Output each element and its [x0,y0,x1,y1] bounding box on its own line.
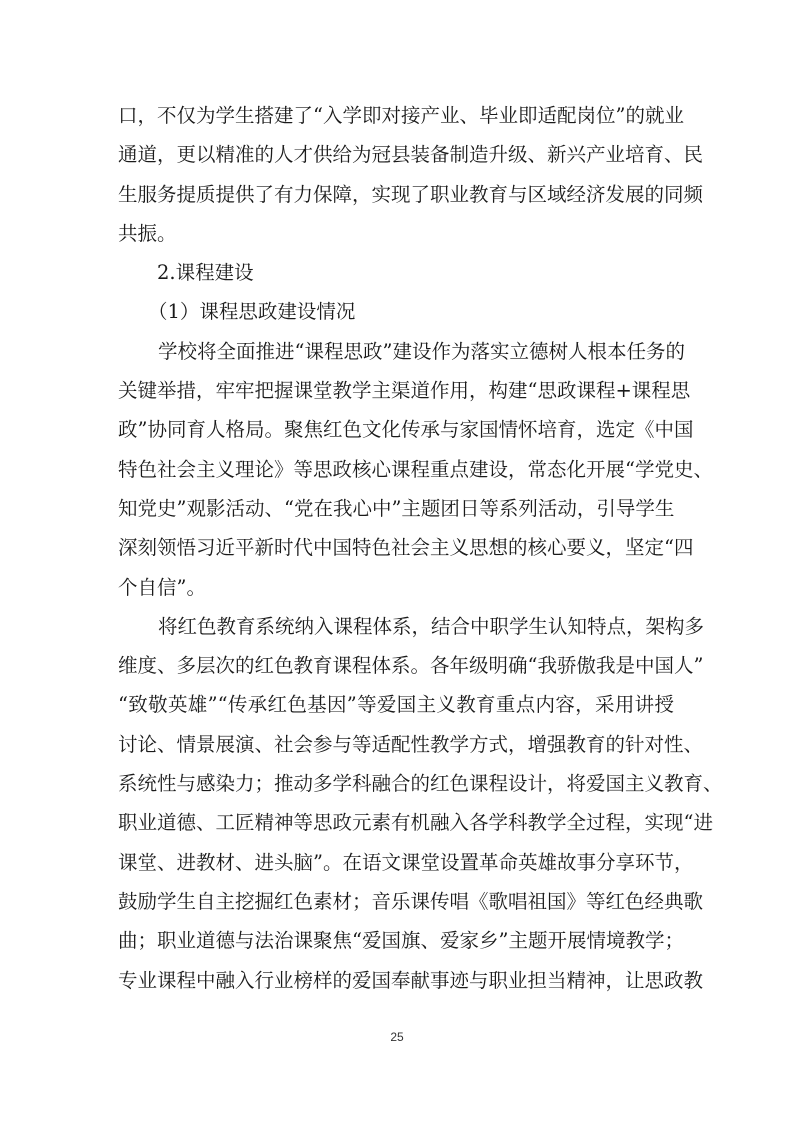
paragraph-line: 共振。 [118,214,674,253]
paragraph-line: 系统性与感染力；推动多学科融合的红色课程设计，将爱国主义教育、 [118,764,674,803]
paragraph-line: 个自信”。 [118,568,674,607]
paragraph-line: 专业课程中融入行业榜样的爱国奉献事迹与职业担当精神，让思政教 [118,961,674,1000]
paragraph-line: 课堂、进教材、进头脑”。在语文课堂设置革命英雄故事分享环节， [118,843,674,882]
paragraph-line: 口，不仅为学生搭建了“入学即对接产业、毕业即适配岗位”的就业 [118,96,674,135]
paragraph-line: 鼓励学生自主挖掘红色素材；音乐课传唱《歌唱祖国》等红色经典歌 [118,882,674,921]
paragraph-line: 通道，更以精准的人才供给为冠县装备制造升级、新兴产业培育、民 [118,135,674,174]
section-heading: 2.课程建设 [118,253,674,292]
paragraph-line: 讨论、情景展演、社会参与等适配性教学方式，增强教育的针对性、 [118,725,674,764]
document-page-body: 口，不仅为学生搭建了“入学即对接产业、毕业即适配岗位”的就业 通道，更以精准的人… [118,96,674,1000]
subsection-heading: （1）课程思政建设情况 [118,292,674,331]
page-number: 25 [0,1030,794,1044]
paragraph-line: 关键举措，牢牢把握课堂教学主渠道作用，构建“思政课程+课程思 [118,371,674,410]
paragraph-line: 将红色教育系统纳入课程体系，结合中职学生认知特点，架构多 [118,607,674,646]
paragraph-line: 学校将全面推进“课程思政”建设作为落实立德树人根本任务的 [118,332,674,371]
paragraph-line: 政”协同育人格局。聚焦红色文化传承与家国情怀培育，选定《中国 [118,410,674,449]
paragraph-line: 职业道德、工匠精神等思政元素有机融入各学科教学全过程，实现“进 [118,803,674,842]
paragraph-line: 生服务提质提供了有力保障，实现了职业教育与区域经济发展的同频 [118,175,674,214]
paragraph-line: 维度、多层次的红色教育课程体系。各年级明确“我骄傲我是中国人” [118,646,674,685]
paragraph-line: 知党史”观影活动、“党在我心中”主题团日等系列活动，引导学生 [118,489,674,528]
paragraph-line: 深刻领悟习近平新时代中国特色社会主义思想的核心要义，坚定“四 [118,528,674,567]
paragraph-line: 曲；职业道德与法治课聚焦“爱国旗、爱家乡”主题开展情境教学； [118,921,674,960]
paragraph-line: 特色社会主义理论》等思政核心课程重点建设，常态化开展“学党史、 [118,450,674,489]
paragraph-line: “致敬英雄”“传承红色基因”等爱国主义教育重点内容，采用讲授 [118,685,674,724]
